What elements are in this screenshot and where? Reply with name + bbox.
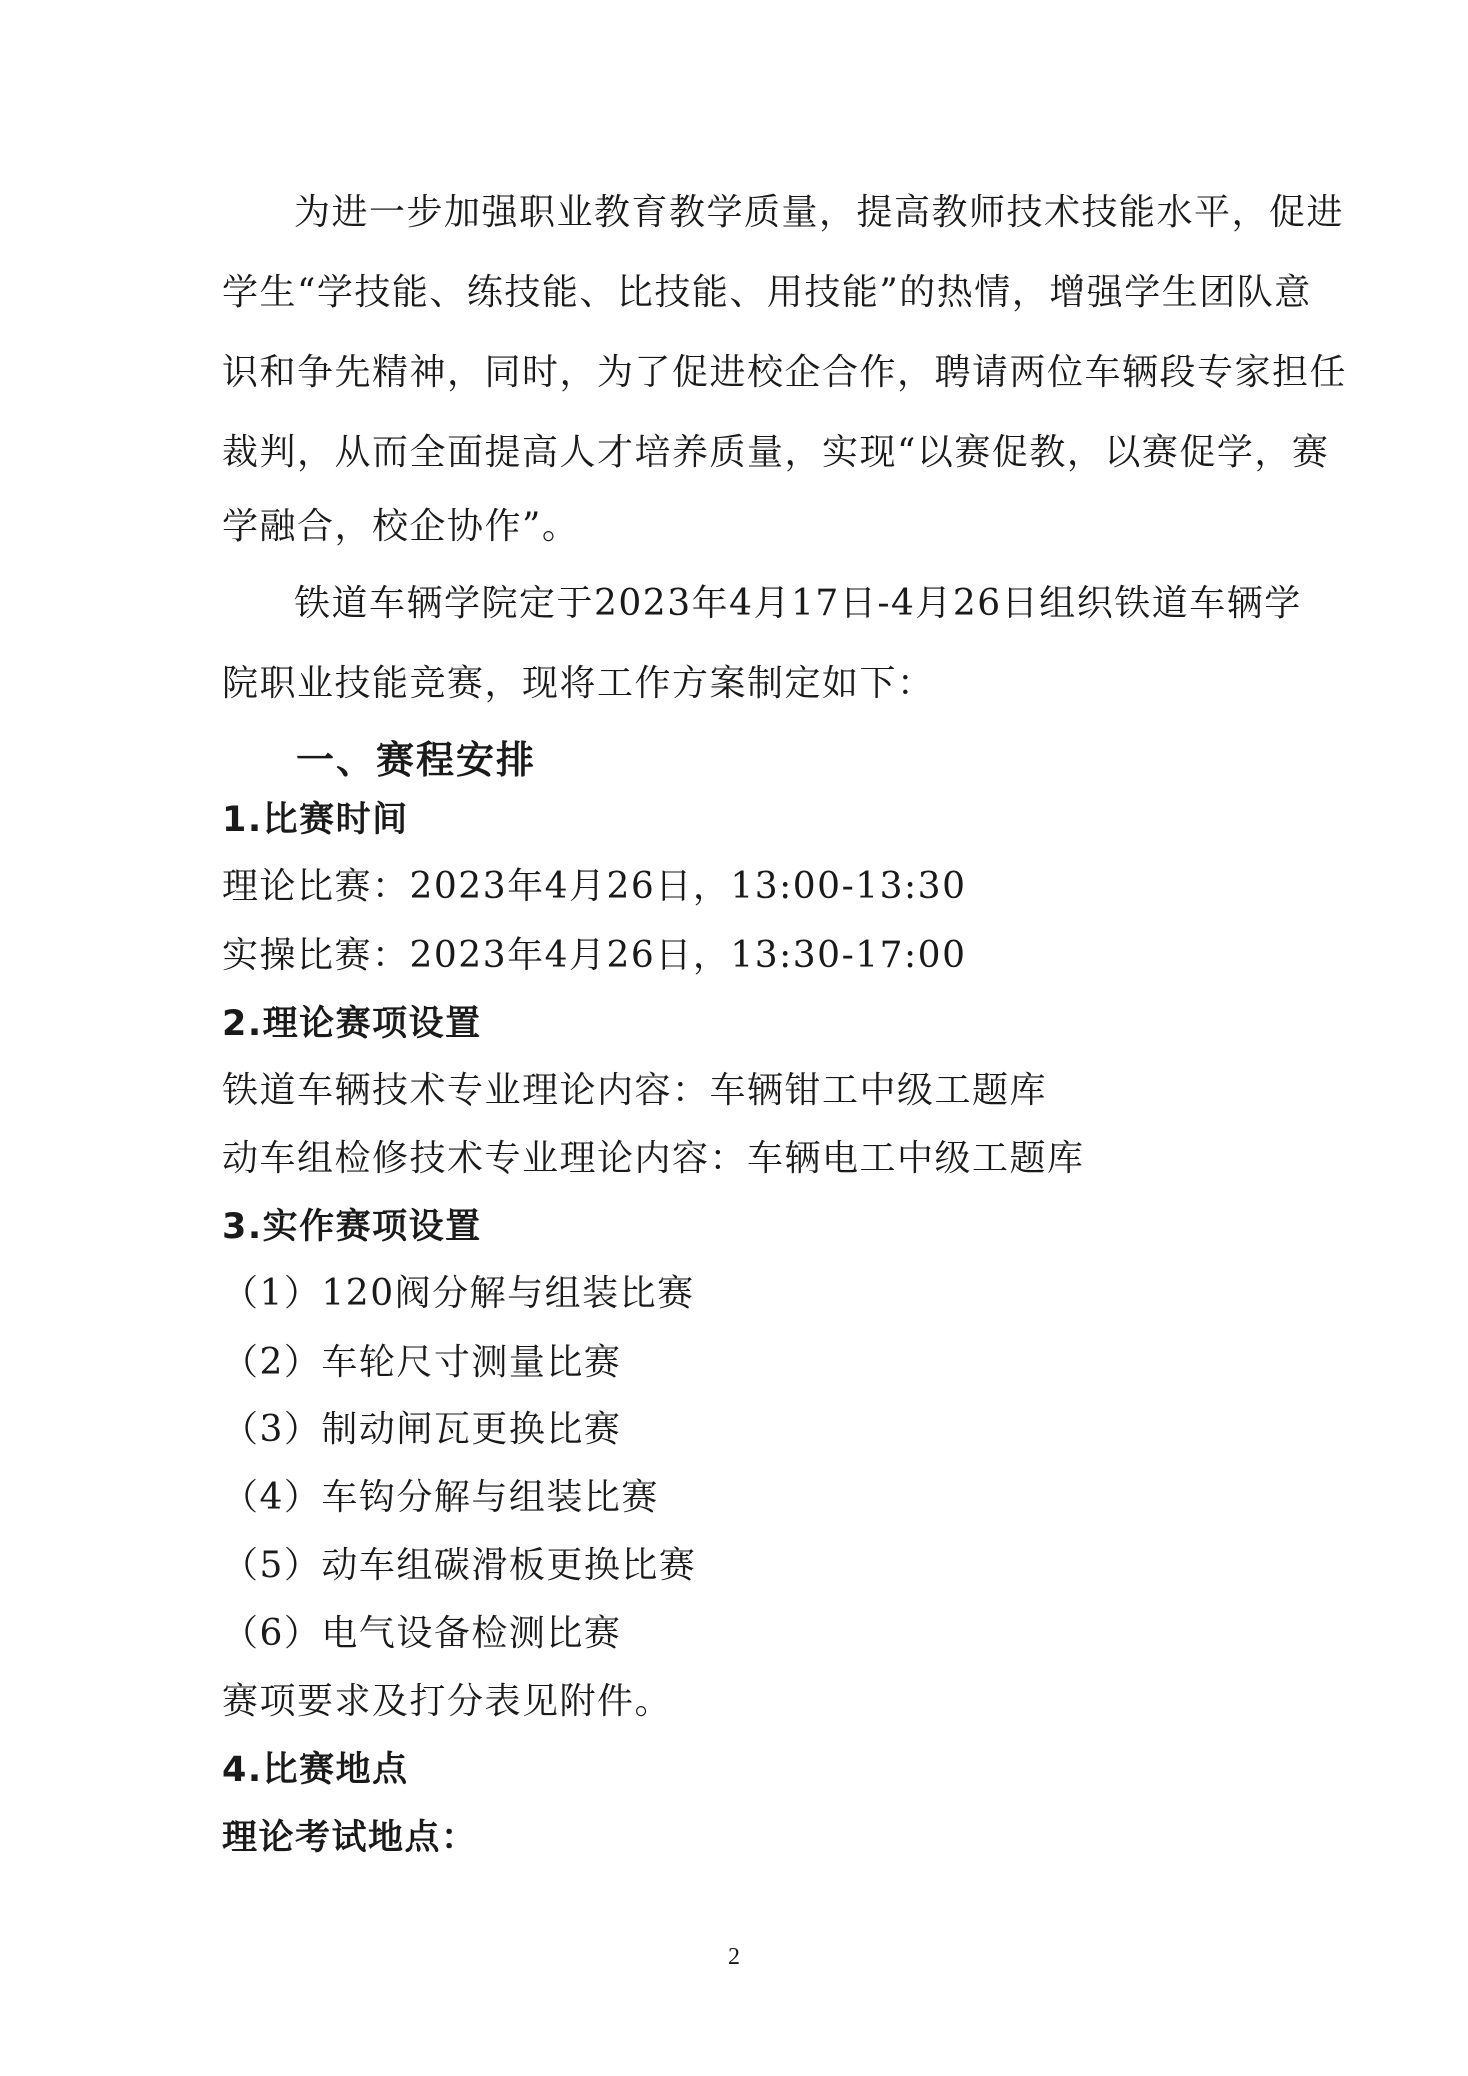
practical-event-item: （6）电气设备检测比赛 xyxy=(222,1612,1262,1656)
intro-line-2: 学生“学技能、练技能、比技能、用技能”的热情，增强学生团队意 xyxy=(222,271,1262,315)
practical-event-item: （5）动车组碳滑板更换比赛 xyxy=(222,1544,1262,1588)
schedule-line-2: 院职业技能竞赛，现将工作方案制定如下： xyxy=(222,662,1262,706)
subheading-time: 1.比赛时间 xyxy=(222,798,1262,842)
intro-line-4: 裁判，从而全面提高人才培养质量，实现“以赛促教，以赛促学，赛 xyxy=(222,431,1262,475)
practical-event-item: （1）120阀分解与组装比赛 xyxy=(222,1272,1262,1316)
practical-event-item: （2）车轮尺寸测量比赛 xyxy=(222,1341,1262,1385)
intro-line-3: 识和争先精神，同时，为了促进校企合作，聘请两位车辆段专家担任 xyxy=(222,351,1262,395)
theory-time: 理论比赛：2023年4月26日，13:00-13:30 xyxy=(222,865,1262,909)
schedule-line-1: 铁道车辆学院定于2023年4月17日-4月26日组织铁道车辆学 xyxy=(294,582,1262,626)
practical-event-item: （3）制动闸瓦更换比赛 xyxy=(222,1408,1262,1452)
subheading-venue: 4.比赛地点 xyxy=(222,1748,1262,1792)
theory-event-item: 动车组检修技术专业理论内容：车辆电工中级工题库 xyxy=(222,1137,1262,1181)
intro-line-1: 为进一步加强职业教育教学质量，提高教师技术技能水平，促进 xyxy=(294,191,1262,235)
subheading-practical-events: 3.实作赛项设置 xyxy=(222,1205,1262,1249)
subheading-theory-events: 2.理论赛项设置 xyxy=(222,1002,1262,1046)
section-heading: 一、赛程安排 xyxy=(296,738,1336,782)
attachment-note: 赛项要求及打分表见附件。 xyxy=(222,1680,1262,1724)
theory-event-item: 铁道车辆技术专业理论内容：车辆钳工中级工题库 xyxy=(222,1069,1262,1113)
practical-event-item: （4）车钩分解与组装比赛 xyxy=(222,1476,1262,1520)
intro-line-5: 学融合，校企协作”。 xyxy=(222,505,1262,549)
page-number: 2 xyxy=(0,1944,1468,1971)
practical-time: 实操比赛：2023年4月26日，13:30-17:00 xyxy=(222,934,1262,978)
theory-venue-label: 理论考试地点： xyxy=(222,1816,1262,1860)
document-page: 为进一步加强职业教育教学质量，提高教师技术技能水平，促进 学生“学技能、练技能、… xyxy=(0,0,1468,2076)
